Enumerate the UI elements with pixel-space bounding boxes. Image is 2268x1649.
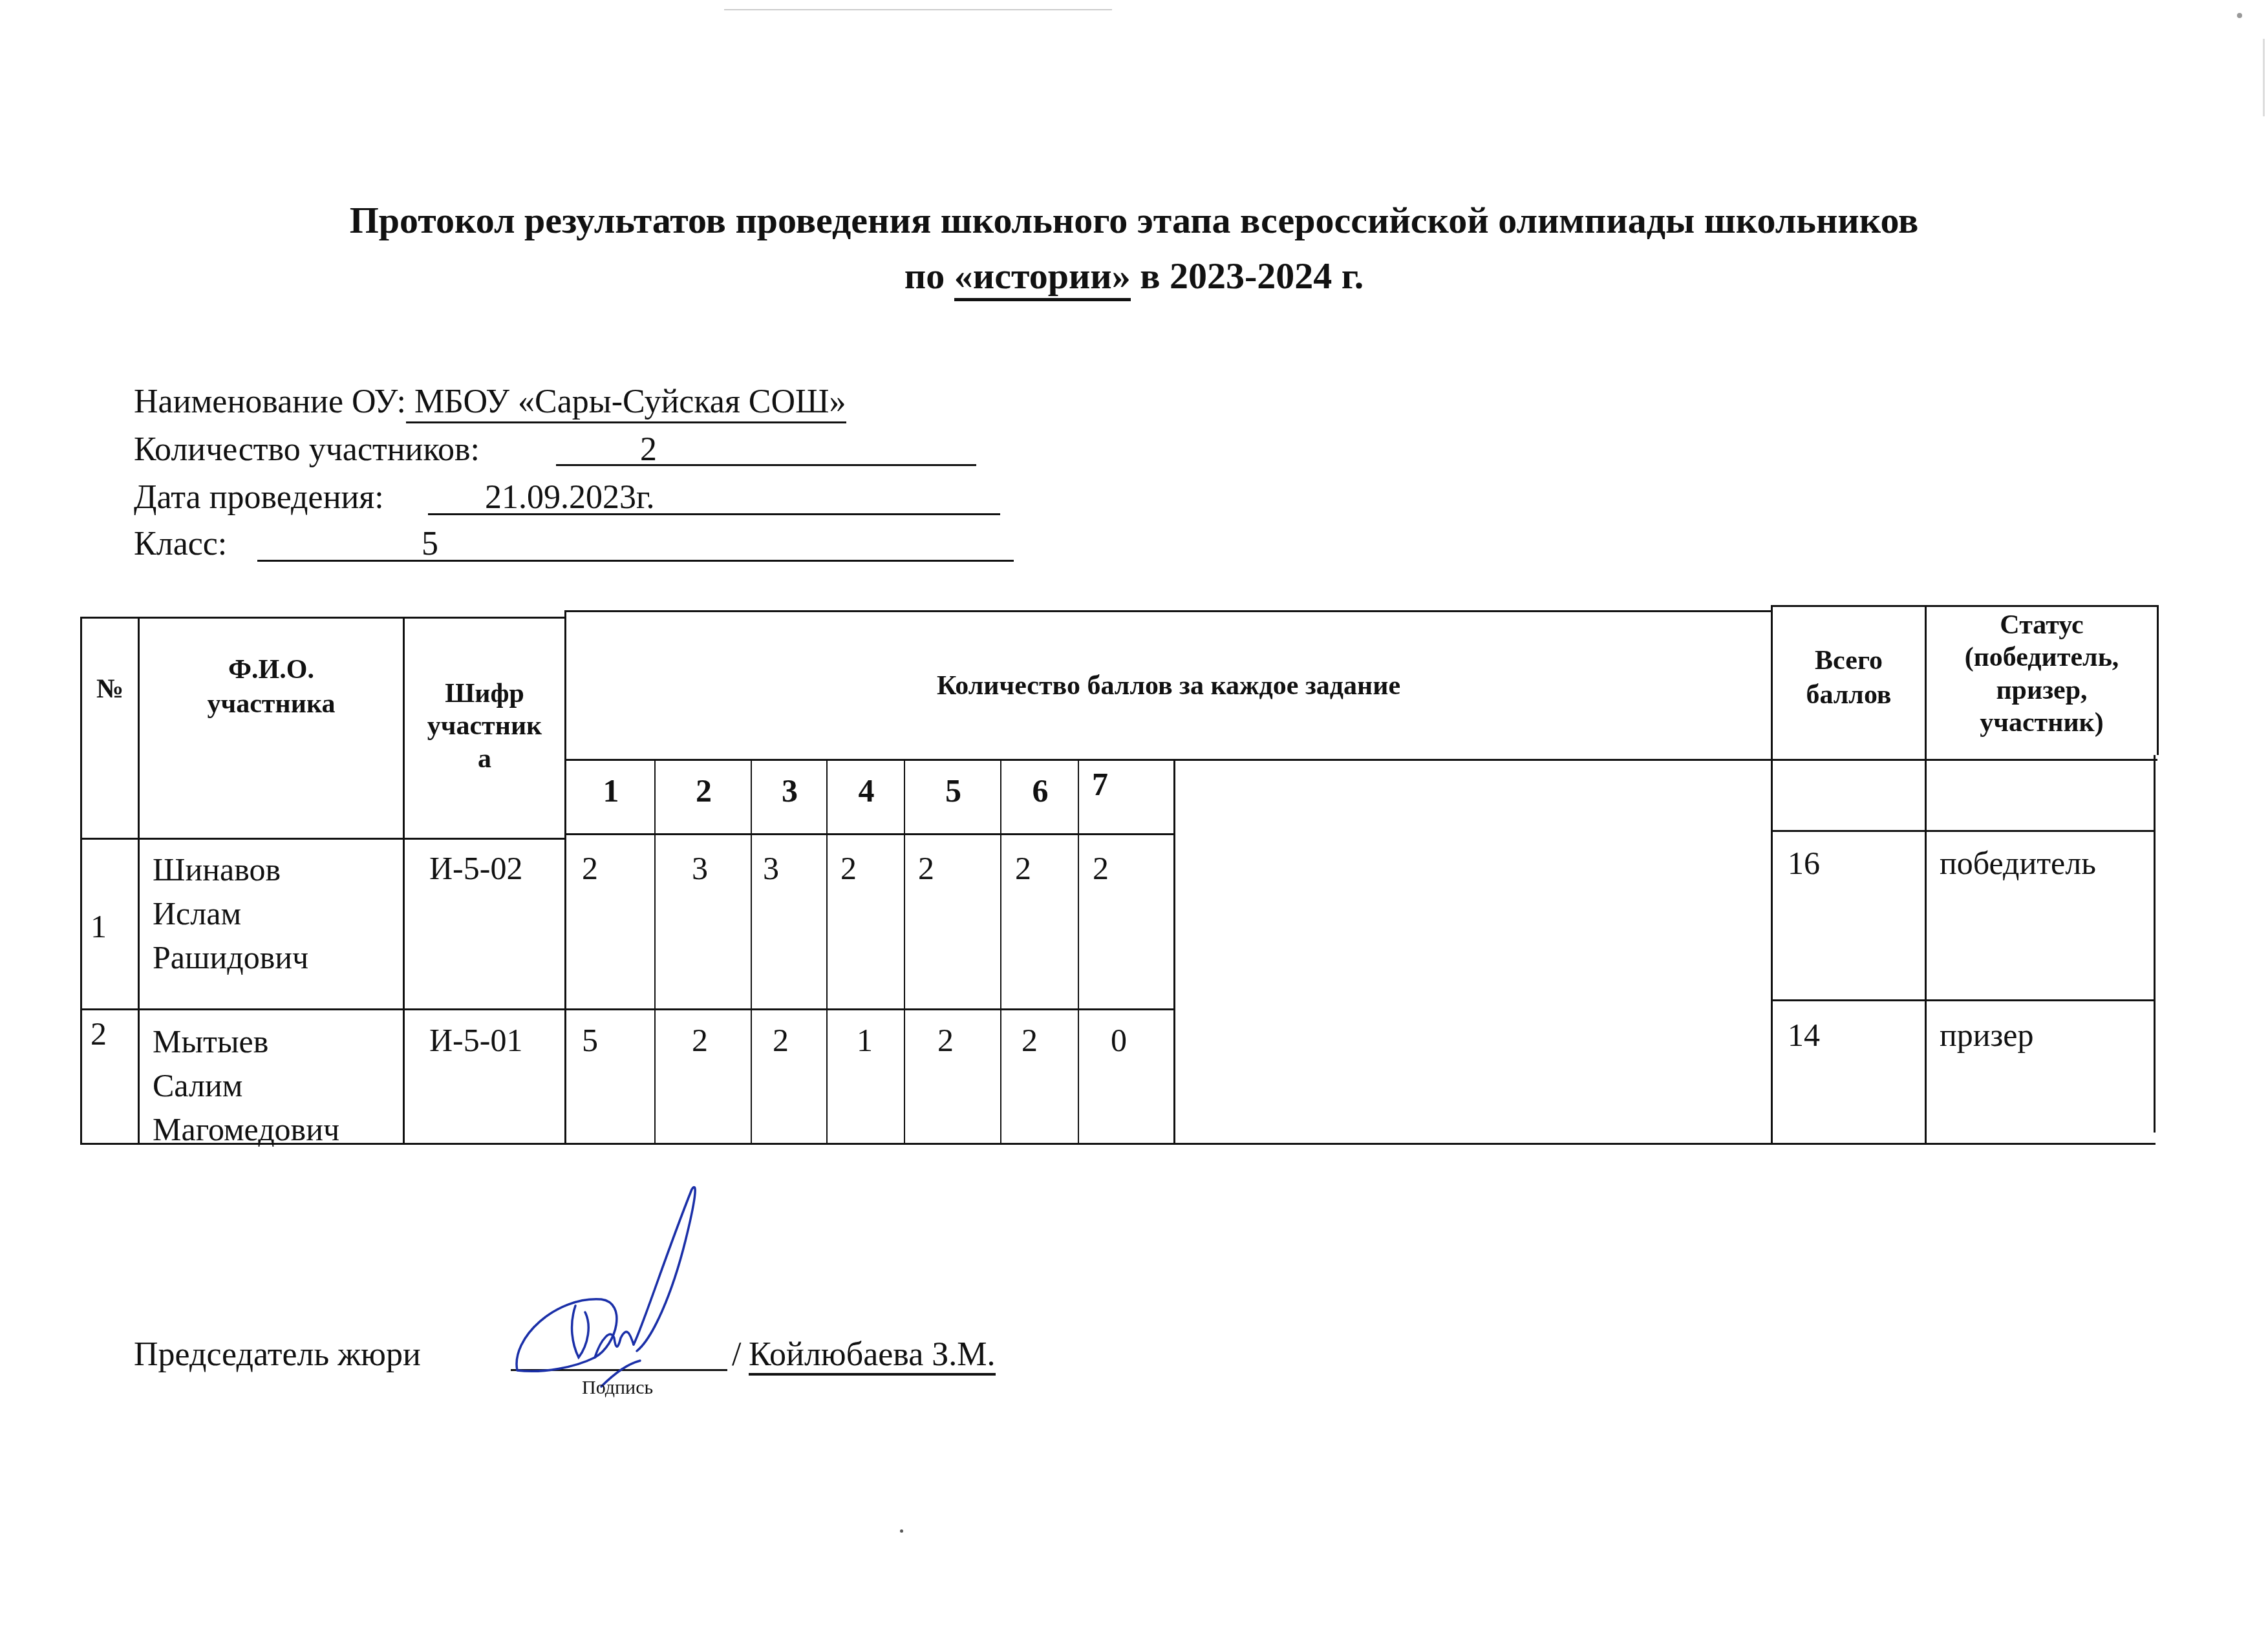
header-code-line1: Шифр [405, 677, 564, 710]
participant-code: И-5-01 [429, 1019, 522, 1063]
title-prefix: по [904, 255, 954, 297]
task-number: 5 [905, 769, 1001, 813]
scan-artifact [2263, 39, 2265, 116]
task-score: 1 [857, 1019, 873, 1063]
task-score: 2 [1022, 1019, 1038, 1063]
header-status-line2: (победитель, [1927, 641, 2157, 674]
school-field: Наименование ОУ: МБОУ «Сары-Суйская СОШ» [134, 385, 846, 419]
document-title: Протокол результатов проведения школьног… [0, 202, 2268, 239]
task-score: 2 [773, 1019, 789, 1063]
title-line-1: Протокол результатов проведения школьног… [350, 199, 1919, 241]
class-label: Класс: [134, 527, 227, 561]
header-code: Шифр участник а [405, 677, 564, 775]
total-score: 14 [1788, 1014, 1820, 1058]
status: победитель [1940, 842, 2096, 886]
document-subtitle: по «истории» в 2023-2024 г. [0, 257, 2268, 295]
task-score: 0 [1111, 1019, 1127, 1063]
scan-artifact [900, 1529, 903, 1533]
task-number: 3 [752, 769, 828, 813]
header-total-line1: Всего [1773, 644, 1925, 678]
row-number: 1 [91, 905, 107, 949]
participant-name-part: Ислам [153, 892, 241, 936]
total-score: 16 [1788, 842, 1820, 886]
participants-underline [556, 464, 976, 466]
header-number: № [82, 672, 138, 707]
header-name: Ф.И.О. участника [140, 653, 403, 721]
header-name-line2: участника [140, 687, 403, 721]
header-name-line1: Ф.И.О. [140, 653, 403, 687]
header-code-line2: участник [405, 710, 564, 742]
title-suffix: в 2023-2024 г. [1131, 255, 1364, 297]
participant-name-part: Магомедович [153, 1108, 339, 1152]
signature-caption: Подпись [582, 1377, 653, 1399]
row-number: 2 [91, 1012, 107, 1056]
participant-code: И-5-02 [429, 847, 522, 891]
participants-label: Количество участников: [134, 433, 480, 467]
header-status: Статус (победитель, призер, участник) [1927, 609, 2157, 739]
participant-name-part: Шинавов [153, 848, 281, 892]
task-number: 1 [566, 769, 656, 813]
task-score: 3 [763, 847, 779, 891]
chair-label: Председатель жюри [134, 1338, 421, 1372]
task-number: 4 [828, 769, 905, 813]
task-score: 5 [582, 1019, 598, 1063]
task-number: 7 [1079, 763, 1108, 807]
participant-name-part: Салим [153, 1064, 242, 1108]
header-total-line2: баллов [1773, 678, 1925, 712]
header-status-line4: участник) [1927, 707, 2157, 739]
header-status-line1: Статус [1927, 609, 2157, 641]
date-value: 21.09.2023г. [485, 481, 654, 515]
task-number: 6 [1001, 769, 1079, 813]
class-value: 5 [422, 527, 438, 561]
header-scores: Количество баллов за каждое задание [566, 669, 1771, 703]
class-underline [257, 560, 1014, 562]
participants-value: 2 [640, 433, 657, 467]
task-score: 2 [1015, 847, 1031, 891]
status: призер [1940, 1014, 2033, 1058]
chair-separator: / [732, 1338, 741, 1372]
date-label: Дата проведения: [134, 481, 384, 515]
scan-artifact [2237, 13, 2242, 18]
task-number: 2 [656, 769, 752, 813]
task-score: 2 [840, 847, 857, 891]
chair-name: Койлюбаева З.М. [749, 1338, 996, 1376]
task-score: 2 [582, 847, 598, 891]
task-score: 2 [918, 847, 934, 891]
task-score: 3 [692, 847, 708, 891]
participant-name-part: Рашидович [153, 936, 308, 980]
subject-name: «истории» [954, 255, 1131, 301]
scan-artifact [724, 9, 1112, 10]
header-status-line3: призер, [1927, 674, 2157, 707]
participant-name-part: Мытыев [153, 1020, 268, 1064]
task-score: 2 [1093, 847, 1109, 891]
header-total: Всего баллов [1773, 644, 1925, 712]
header-code-line3: а [405, 743, 564, 775]
school-label: Наименование ОУ: [134, 383, 406, 420]
task-score: 2 [692, 1019, 708, 1063]
school-value: МБОУ «Сары-Суйская СОШ» [406, 383, 846, 423]
task-score: 2 [937, 1019, 954, 1063]
